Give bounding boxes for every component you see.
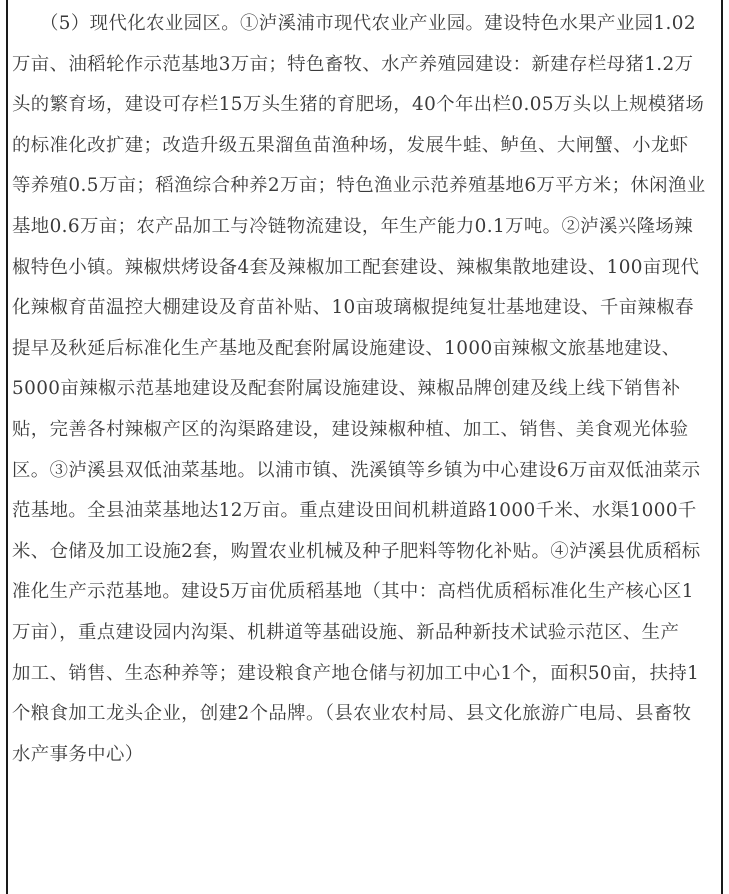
paragraph-line: 基地0.6万亩；农产品加工与冷链物流建设，年生产能力0.1万吨。②泸溪兴隆场辣 — [12, 207, 724, 248]
paragraph-line: （5）现代化农业园区。①泸溪浦市现代农业产业园。建设特色水果产业园1.02 — [12, 4, 724, 45]
paragraph-line: 加工、销售、生态种养等；建设粮食产地仓储与初加工中心1个，面积50亩，扶持1 — [12, 654, 724, 695]
paragraph-line: 万亩、油稻轮作示范基地3万亩；特色畜牧、水产养殖园建设：新建存栏母猪1.2万 — [12, 45, 724, 86]
paragraph-line: 化辣椒育苗温控大棚建设及育苗补贴、10亩玻璃椒提纯复壮基地建设、千亩辣椒春 — [12, 288, 724, 329]
paragraph-line: 5000亩辣椒示范基地建设及配套附属设施建设、辣椒品牌创建及线上线下销售补 — [12, 369, 724, 410]
paragraph-line: 贴，完善各村辣椒产区的沟渠路建设，建设辣椒种植、加工、销售、美食观光体验 — [12, 410, 724, 451]
paragraph-line: 个粮食加工龙头企业，创建2个品牌。（县农业农村局、县文化旅游广电局、县畜牧 — [12, 694, 724, 735]
paragraph-line: 米、仓储及加工设施2套，购置农业机械及种子肥料等物化补贴。④泸溪县优质稻标 — [12, 532, 724, 573]
paragraph-line: 水产事务中心） — [12, 735, 724, 776]
paragraph-line: 范基地。全县油菜基地达12万亩。重点建设田间机耕道路1000千米、水渠1000千 — [12, 491, 724, 532]
paragraph-line: 头的繁育场，建设可存栏15万头生猪的育肥场，40个年出栏0.05万头以上规模猪场 — [12, 85, 724, 126]
paragraph-line: 椒特色小镇。辣椒烘烤设备4套及辣椒加工配套建设、辣椒集散地建设、100亩现代 — [12, 248, 724, 289]
document-paragraph: （5）现代化农业园区。①泸溪浦市现代农业产业园。建设特色水果产业园1.02 万亩… — [12, 4, 724, 775]
paragraph-line: 准化生产示范基地。建设5万亩优质稻基地（其中：高档优质稻标准化生产核心区1 — [12, 572, 724, 613]
paragraph-line: 区。③泸溪县双低油菜基地。以浦市镇、洗溪镇等乡镇为中心建设6万亩双低油菜示 — [12, 451, 724, 492]
paragraph-line: 的标准化改扩建；改造升级五果溜鱼苗渔种场，发展牛蛙、鲈鱼、大闸蟹、小龙虾 — [12, 126, 724, 167]
paragraph-line: 提早及秋延后标准化生产基地及配套附属设施建设、1000亩辣椒文旅基地建设、 — [12, 329, 724, 370]
paragraph-line: 等养殖0.5万亩；稻渔综合种养2万亩；特色渔业示范养殖基地6万平方米；休闲渔业 — [12, 166, 724, 207]
paragraph-line: 万亩），重点建设园内沟渠、机耕道等基础设施、新品种新技术试验示范区、生产 — [12, 613, 724, 654]
